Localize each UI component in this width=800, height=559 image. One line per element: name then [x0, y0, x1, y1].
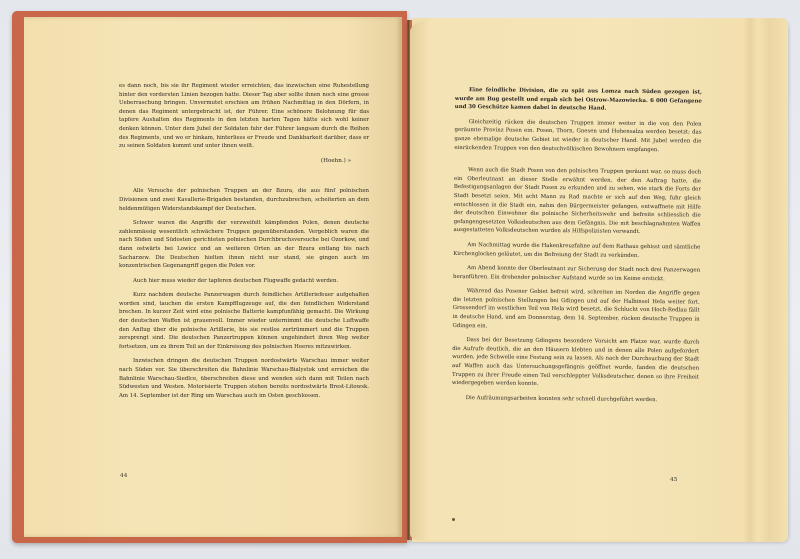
right-page-text: Eine feindliche Division, die zu spät au…	[452, 86, 702, 411]
paragraph: Schwer waren die Angriffe der verzweifel…	[119, 219, 369, 271]
paragraph: Wenn auch die Stadt Posen von den polnis…	[453, 166, 701, 237]
paragraph-continuation: es dann noch, bis sie ihr Regiment wiede…	[119, 82, 369, 151]
paragraph: Am Abend konnte der Oberleutnant zur Sic…	[453, 264, 700, 284]
page-number-left: 44	[120, 472, 127, 481]
paragraph: Inzwischen dringen die deutschen Truppen…	[119, 357, 369, 400]
open-book: es dann noch, bis sie ihr Regiment wiede…	[12, 10, 788, 544]
paragraph: Auch hier muss wieder der tapferen deuts…	[119, 277, 369, 286]
paragraph: Während das Posener Gebiet befreit wird,…	[452, 287, 699, 333]
paragraph: Kurz nachdem deutsche Panzerwagen durch …	[119, 291, 369, 351]
paragraph: Gleichzeitig rücken die deutschen Truppe…	[454, 118, 701, 155]
paragraph: Dass bei der Besetzung Gdingens besonder…	[452, 336, 700, 390]
paragraph: Die Aufräumungsarbeiten konnten sehr sch…	[452, 394, 699, 405]
paragraph: Am Nachmittag wurde die Hakenkreuzfahne …	[453, 241, 700, 261]
paragraph: Eine feindliche Division, die zu spät au…	[455, 86, 702, 114]
left-page-text: es dann noch, bis sie ihr Regiment wiede…	[119, 82, 369, 406]
paper-spot	[452, 518, 455, 521]
left-page: es dann noch, bis sie ihr Regiment wiede…	[24, 17, 402, 537]
page-number-right: 45	[670, 476, 677, 485]
author-signature: (Hoehn.) »	[119, 157, 351, 166]
right-page: Eine feindliche Division, die zu spät au…	[410, 18, 730, 540]
paragraph: Alle Versuche der polnischen Truppen an …	[119, 187, 369, 213]
